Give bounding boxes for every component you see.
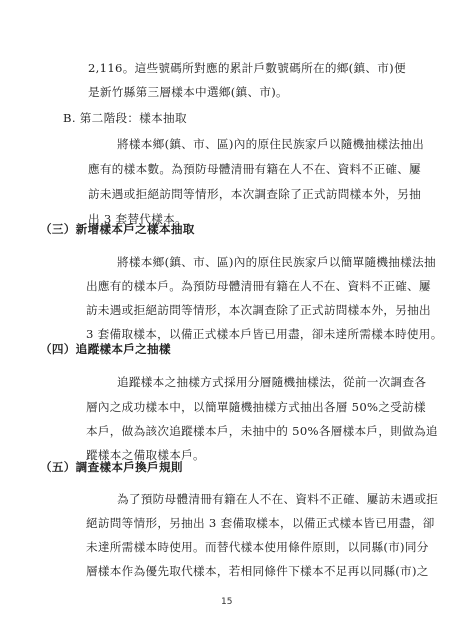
body-text-line: 絕訪問等情形，另抽出 3 套備取樣本，以備正式樣本皆已用盡，卻 bbox=[86, 516, 435, 530]
body-text-line: 應有的樣本數。為預防母體清冊有籍在人不在、資料不正確、屢 bbox=[88, 162, 421, 176]
body-text-line: 是新竹縣第三層樣本中選鄉(鎮、市)。 bbox=[88, 85, 288, 99]
body-text-line: 將樣本鄉(鎮、市、區)內的原住民族家戶以隨機抽樣法抽出 bbox=[117, 137, 424, 151]
section-3-heading: （三）新增樣本戶之樣本抽取 bbox=[40, 222, 195, 236]
body-text-line: 將樣本鄉(鎮、市、區)內的原住民族家戶以簡單隨機抽樣法抽 bbox=[117, 255, 436, 269]
body-text-line: 追蹤樣本之抽樣方式採用分層隨機抽樣法，從前一次調查各 bbox=[117, 375, 426, 389]
body-text-line: 層內之成功樣本中，以簡單隨機抽樣方式抽出各層 50%之受訪樣 bbox=[86, 400, 426, 414]
section-5-heading: （五）調查樣本戶換戶規則 bbox=[40, 460, 183, 474]
body-text-line: 訪未遇或拒絕訪問等情形，本次調查除了正式訪問樣本外，另抽 bbox=[88, 187, 421, 201]
body-text-line: 2,116。這些號碼所對應的累計戶數號碼所在的鄉(鎮、市)便 bbox=[88, 61, 406, 75]
section-4-heading: （四）追蹤樣本戶之抽樣 bbox=[40, 342, 171, 356]
page-number: 15 bbox=[221, 597, 232, 607]
subsection-b-title: B. 第二階段：樣本抽取 bbox=[63, 111, 187, 125]
body-text-line: 3 套備取樣本，以備正式樣本戶皆已用盡，卻未達所需樣本時使用。 bbox=[86, 327, 443, 341]
body-text-line: 訪未遇或拒絕訪問等情形，本次調查除了正式訪問樣本外，另抽出 bbox=[86, 303, 431, 317]
body-text-line: 層樣本作為優先取代樣本，若相同條件下樣本不足再以同縣(市)之 bbox=[86, 564, 429, 578]
body-text-line: 出應有的樣本戶。為預防母體清冊有籍在人不在、資料不正確、屢 bbox=[86, 279, 431, 293]
body-text-line: 為了預防母體清冊有籍在人不在、資料不正確、屢訪未遇或拒 bbox=[117, 492, 438, 506]
body-text-line: 本戶，做為該次追蹤樣本戶，未抽中的 50%各層樣本戶，則做為追 bbox=[86, 424, 438, 438]
body-text-line: 未達所需樣本時使用。而替代樣本使用條件原則，以同縣(市)同分 bbox=[86, 540, 429, 554]
